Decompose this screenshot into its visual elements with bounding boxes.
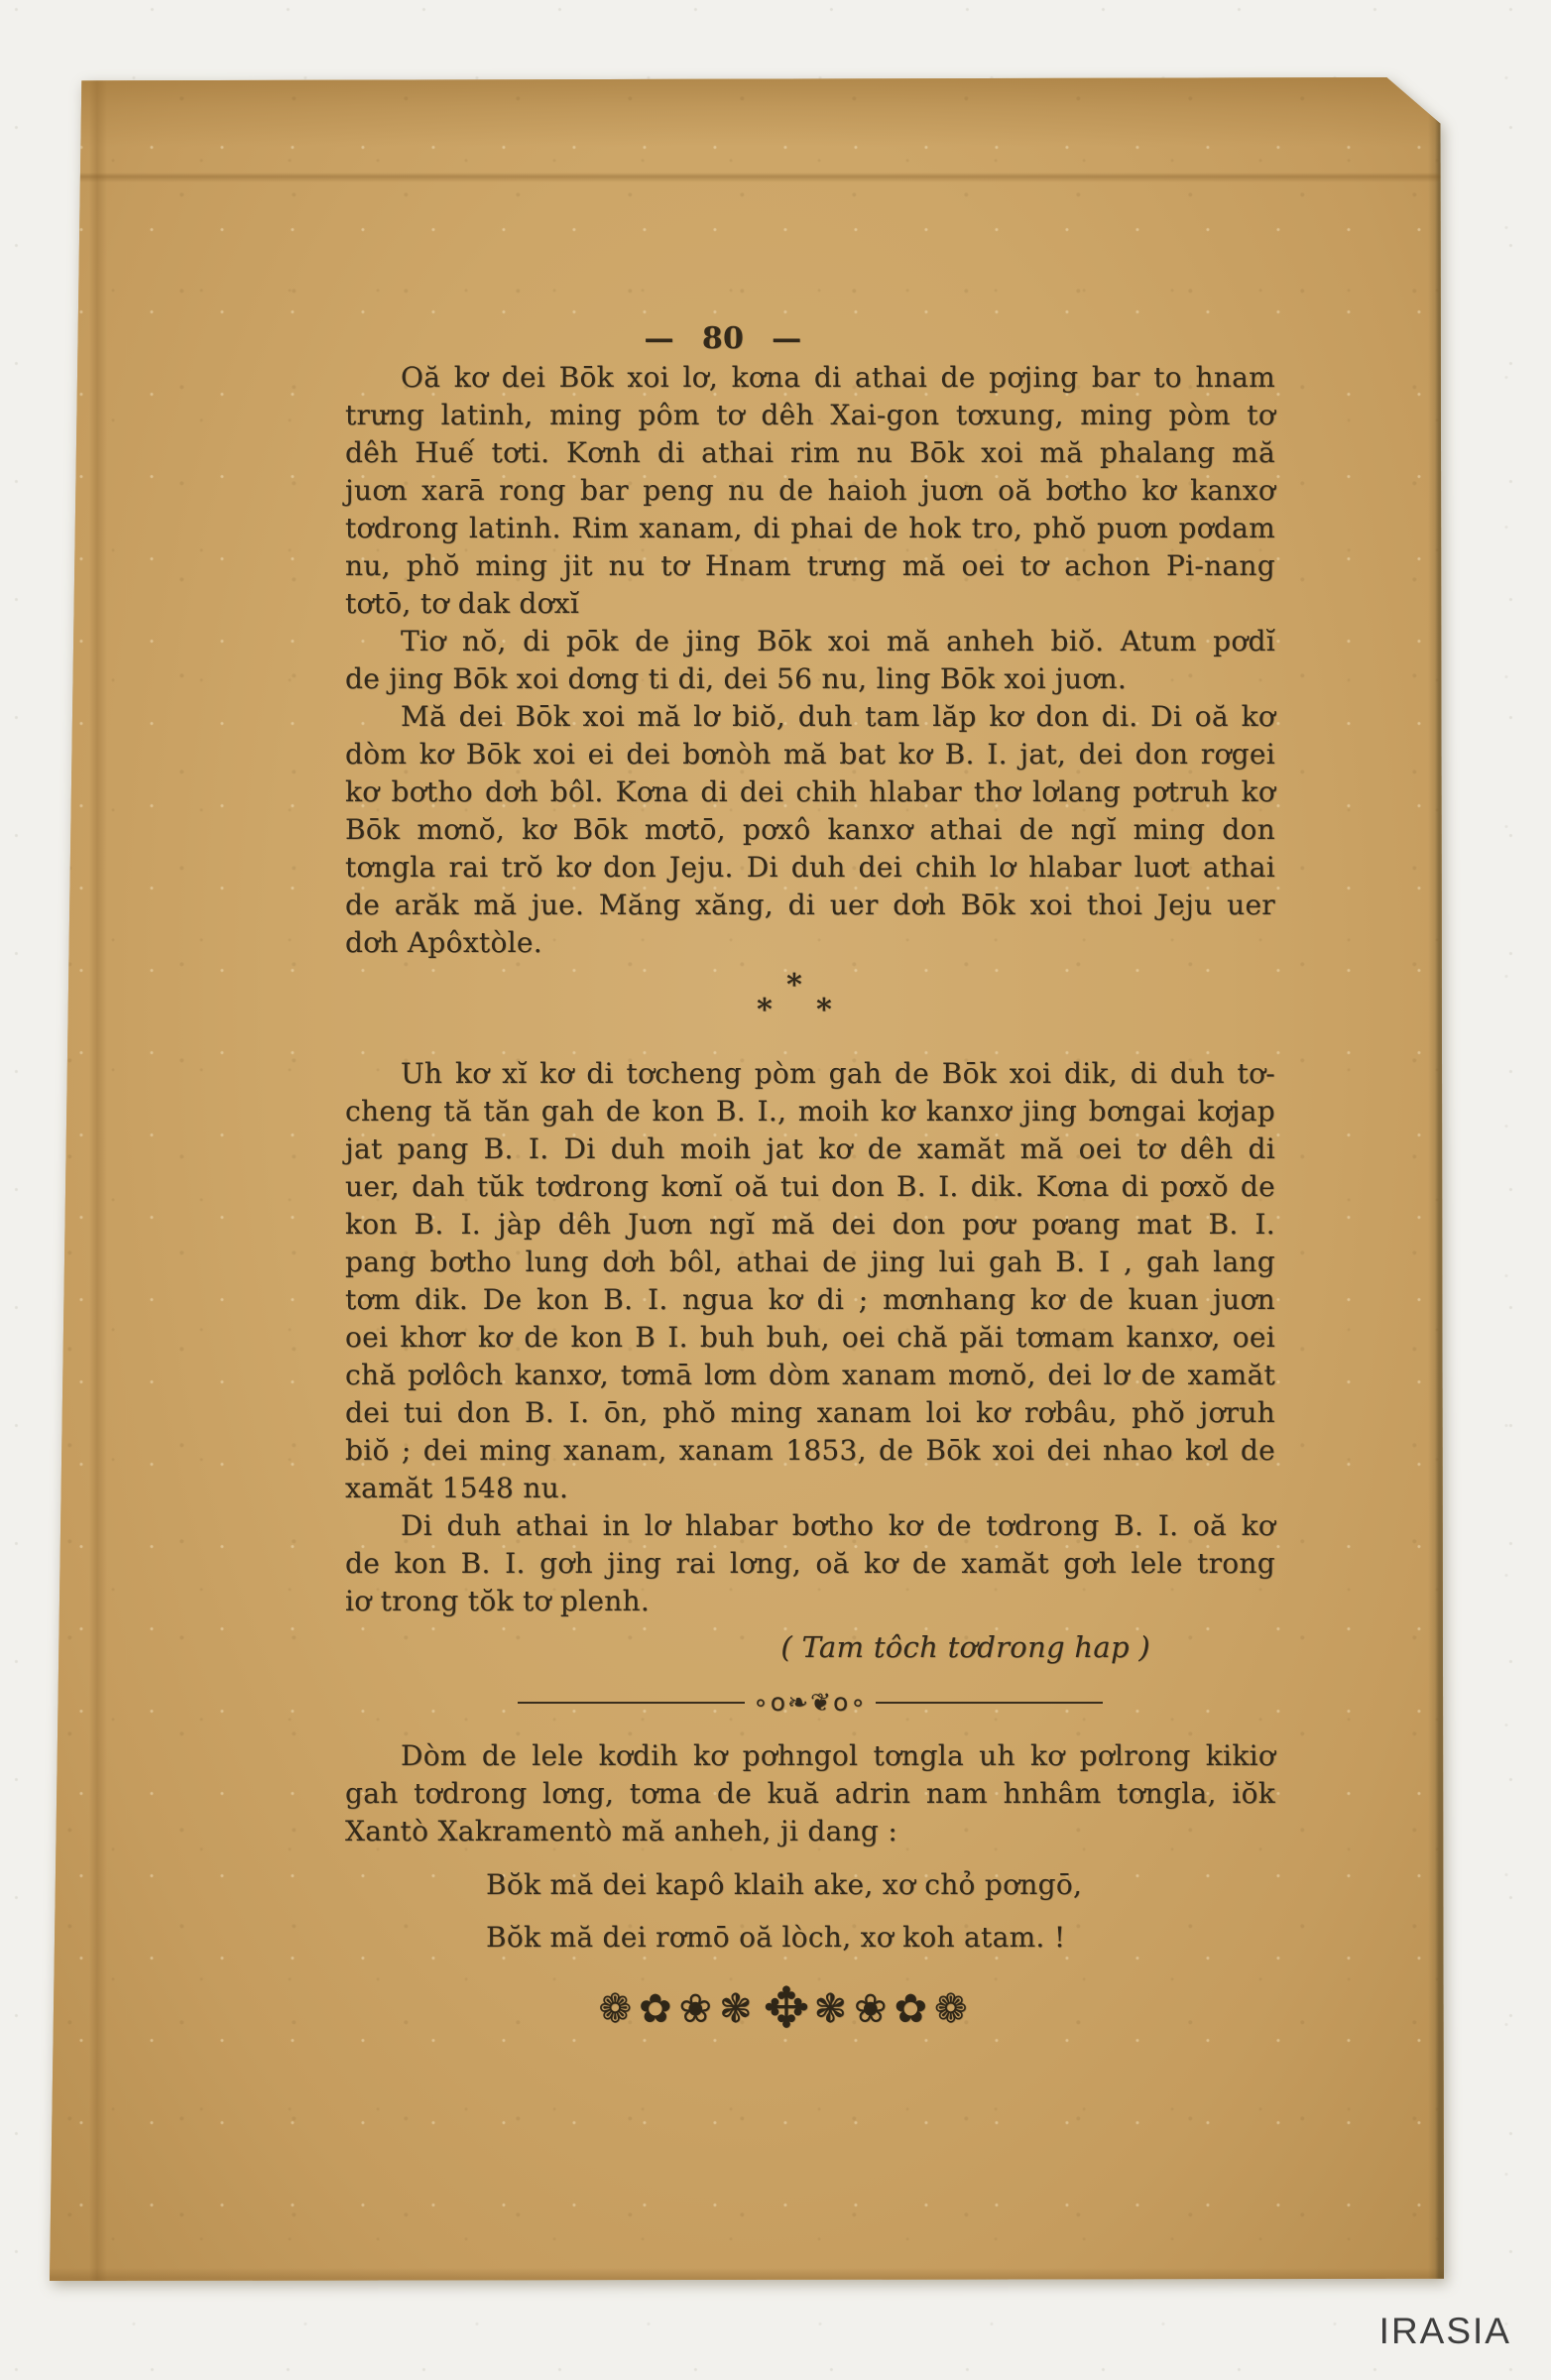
- text-line: oei khơr kơ de kon B I. buh buh, oei chă…: [345, 1319, 1275, 1357]
- text-line: xamăt 1548 nu.: [345, 1470, 1275, 1507]
- page-number-dash-right: —: [772, 321, 801, 356]
- text-line: kon B. I. jàp dêh Juơn ngĭ mă dei don pơ…: [345, 1206, 1275, 1244]
- text-line: Uh kơ xĭ kơ di tơcheng pòm gah de Bōk xo…: [345, 1055, 1275, 1093]
- text-line: Di duh athai in lơ hlabar bơtho kơ de tơ…: [345, 1507, 1275, 1545]
- text-line: de kon B. I. gơh jing rai lơng, oă kơ de…: [345, 1545, 1275, 1583]
- text-line: Dòm de lele kơdih kơ pơhngol tơngla uh k…: [345, 1737, 1275, 1775]
- text-line: Xantò Xakramentò mă anheh, ji dang :: [345, 1813, 1275, 1850]
- text-line: trưng latinh, ming pôm tơ dêh Xai-gon tơ…: [345, 397, 1275, 434]
- text-line: juơn xarā rong bar peng nu de haioh juơn…: [345, 472, 1275, 510]
- text-line: tơngla rai trŏ kơ don Jeju. Di duh dei c…: [345, 849, 1275, 887]
- asterism-icon: * * *: [329, 974, 1259, 1031]
- text-line: jat pang B. I. Di duh moih jat kơ de xam…: [345, 1130, 1275, 1168]
- paragraph-4: Uh kơ xĭ kơ di tơcheng pòm gah de Bōk xo…: [345, 1055, 1275, 1507]
- scanned-page: —80— Oă kơ dei Bōk xoi lơ, kơna di athai…: [50, 77, 1444, 2281]
- divider-flourish-icon: ∘o❧❦o∘: [745, 1688, 876, 1718]
- verse-line: Bŏk mă dei rơmō oă lòch, xơ koh atam. !: [486, 1911, 1275, 1963]
- text-line: dơh Apôxtòle.: [345, 924, 1275, 962]
- text-line: de arăk mă jue. Măng xăng, di uer dơh Bō…: [345, 887, 1275, 924]
- asterism-star-left: *: [757, 998, 773, 1023]
- scan-background: { "header": { "dash_left": "—", "page_nu…: [0, 0, 1551, 2380]
- text-line: tơm dik. De kon B. I. ngua kơ di ; mơnha…: [345, 1281, 1275, 1319]
- text-line: tơtō, tơ dak dơxĭ: [345, 585, 1275, 623]
- attribution-line: ( Tam tôch tơdrong hap ): [345, 1624, 1275, 1670]
- text-line: de jing Bōk xoi dơng ti di, dei 56 nu, l…: [345, 660, 1275, 698]
- floral-ornament-left: ❁✿❀❃: [598, 1986, 759, 2032]
- irasia-watermark: IRASIA: [1379, 2311, 1511, 2352]
- page-number: —80—: [258, 319, 1188, 359]
- text-line: iơ trong tŏk tơ plenh.: [345, 1583, 1275, 1620]
- text-line: tơdrong latinh. Rim xanam, di phai de ho…: [345, 510, 1275, 547]
- paragraph-3: Mă dei Bōk xoi mă lơ biŏ, duh tam lăp kơ…: [345, 698, 1275, 962]
- text-line: nu, phŏ ming jit nu tơ Hnam trưng mă oei…: [345, 547, 1275, 585]
- paragraph-2: Tiơ nŏ, di pōk de jing Bōk xoi mă anheh …: [345, 623, 1275, 698]
- divider-rule-icon: ∘o❧❦o∘: [518, 1688, 1103, 1718]
- text-line: kơ bơtho dơh bôl. Kơna di dei chih hlaba…: [345, 773, 1275, 811]
- page-text-column: —80— Oă kơ dei Bōk xoi lơ, kơna di athai…: [345, 77, 1275, 2028]
- page-number-dash-left: —: [645, 321, 674, 356]
- floral-ornament-icon: ❁✿❀❃✥❃❀✿❁: [321, 1989, 1252, 2028]
- verse-couplet: Bŏk mă dei kapô klaih ake, xơ chỏ pơngō,…: [345, 1858, 1275, 1963]
- text-line: gah tơdrong lơng, tơma de kuă adrin nam …: [345, 1775, 1275, 1813]
- text-line: dêh Huế tơti. Kơnh di athai rim nu Bōk x…: [345, 434, 1275, 472]
- text-line: dòm kơ Bōk xoi ei dei bơnòh mă bat kơ B.…: [345, 736, 1275, 773]
- text-line: Oă kơ dei Bōk xoi lơ, kơna di athai de p…: [345, 359, 1275, 397]
- text-line: cheng tă tăn gah de kon B. I., moih kơ k…: [345, 1093, 1275, 1130]
- paragraph-1: Oă kơ dei Bōk xoi lơ, kơna di athai de p…: [345, 359, 1275, 623]
- text-line: Mă dei Bōk xoi mă lơ biŏ, duh tam lăp kơ…: [345, 698, 1275, 736]
- asterism-star-top: *: [329, 974, 1259, 998]
- paper-shadow-wrap: —80— Oă kơ dei Bōk xoi lơ, kơna di athai…: [0, 0, 1551, 2380]
- floral-ornament-center: ✥: [764, 1976, 810, 2041]
- text-line: pang bơtho lung dơh bôl, athai de jing l…: [345, 1244, 1275, 1281]
- verse-line: Bŏk mă dei kapô klaih ake, xơ chỏ pơngō,: [486, 1858, 1275, 1911]
- paragraph-5: Di duh athai in lơ hlabar bơtho kơ de tơ…: [345, 1507, 1275, 1620]
- text-line: chă pơlôch kanxơ, tơmā lơm dòm xanam mơn…: [345, 1357, 1275, 1394]
- text-line: biŏ ; dei ming xanam, xanam 1853, de Bōk…: [345, 1432, 1275, 1470]
- floral-ornament-right: ❃❀✿❁: [813, 1986, 974, 2032]
- text-line: Tiơ nŏ, di pōk de jing Bōk xoi mă anheh …: [345, 623, 1275, 660]
- text-line: Bōk mơnŏ, kơ Bōk mơtō, pơxô kanxơ athai …: [345, 811, 1275, 849]
- page-number-value: 80: [702, 321, 744, 356]
- asterism-star-right: *: [816, 998, 832, 1023]
- text-line: uer, dah tŭk tơdrong kơnĭ oă tui don B. …: [345, 1168, 1275, 1206]
- paragraph-6: Dòm de lele kơdih kơ pơhngol tơngla uh k…: [345, 1737, 1275, 1850]
- text-line: dei tui don B. I. ōn, phŏ ming xanam loi…: [345, 1394, 1275, 1432]
